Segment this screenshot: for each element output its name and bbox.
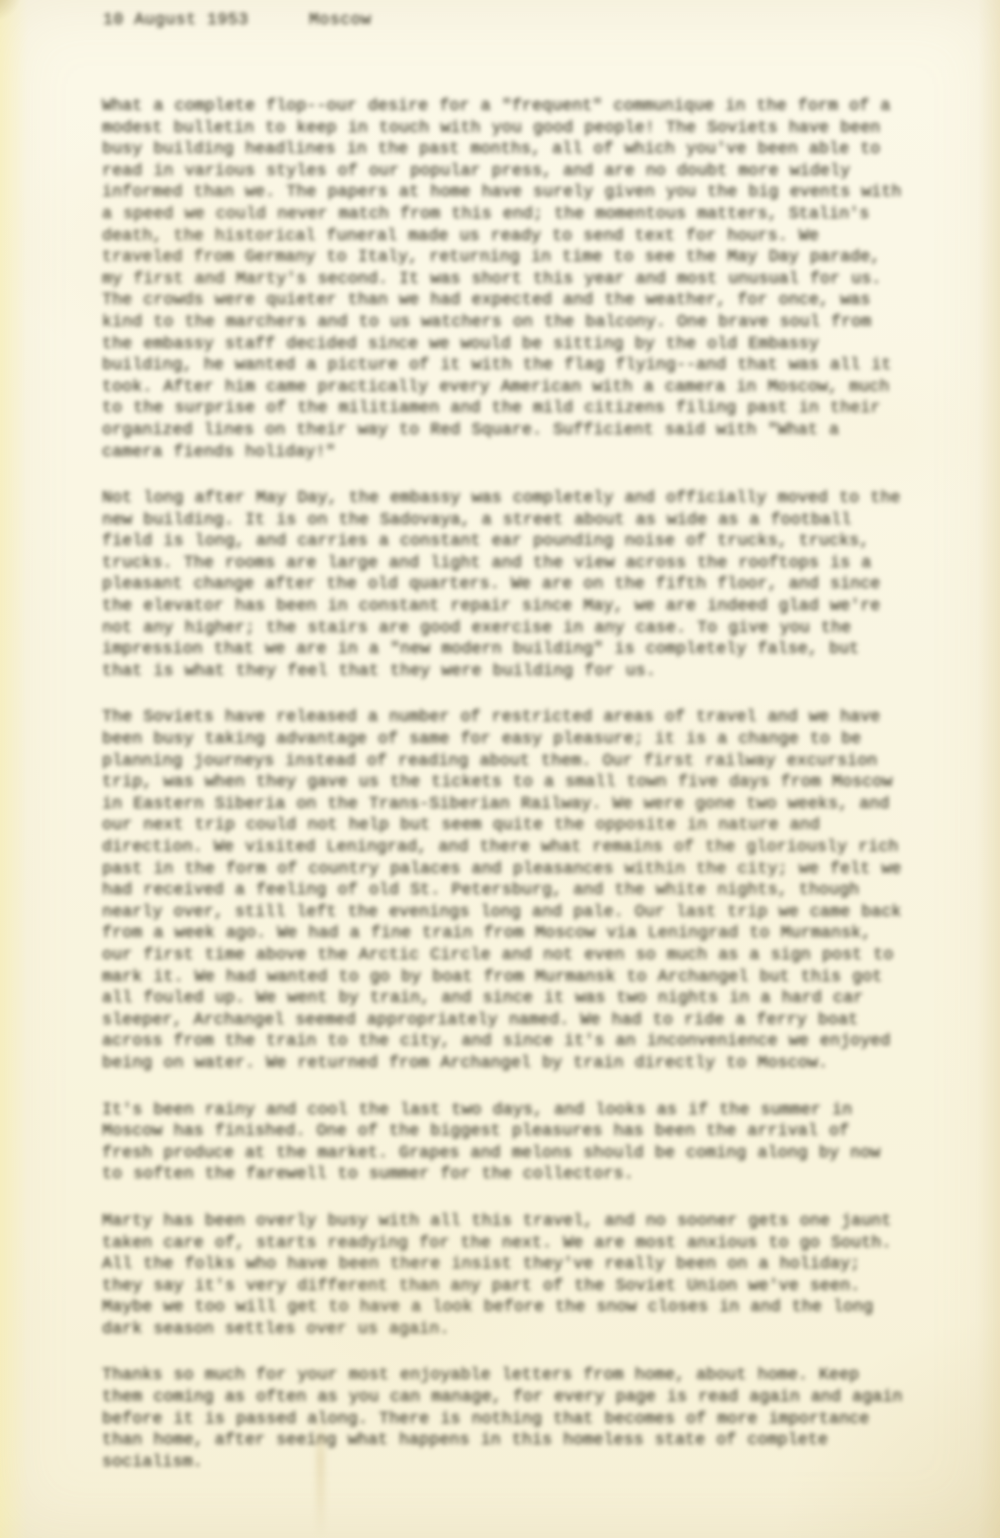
letter-page: 10 August 1953 Moscow What a complete fl… xyxy=(0,0,1000,1538)
letter-paragraph-3: The Soviets have released a number of re… xyxy=(102,707,904,1074)
letter-place: Moscow xyxy=(309,10,371,29)
letter-paragraph-6: Thanks so much for your most enjoyable l… xyxy=(102,1365,904,1473)
letter-date: 10 August 1953 xyxy=(103,10,249,29)
letter-content: 10 August 1953 Moscow What a complete fl… xyxy=(0,0,1000,1538)
letter-paragraph-1: What a complete flop--our desire for a "… xyxy=(102,96,904,463)
letter-paragraph-4: It's been rainy and cool the last two da… xyxy=(102,1100,904,1186)
letter-header: 10 August 1953 Moscow xyxy=(103,10,371,29)
letter-paragraph-5: Marty has been overly busy with all this… xyxy=(102,1211,904,1341)
letter-body: What a complete flop--our desire for a "… xyxy=(102,96,904,1498)
letter-paragraph-2: Not long after May Day, the embassy was … xyxy=(102,488,904,682)
